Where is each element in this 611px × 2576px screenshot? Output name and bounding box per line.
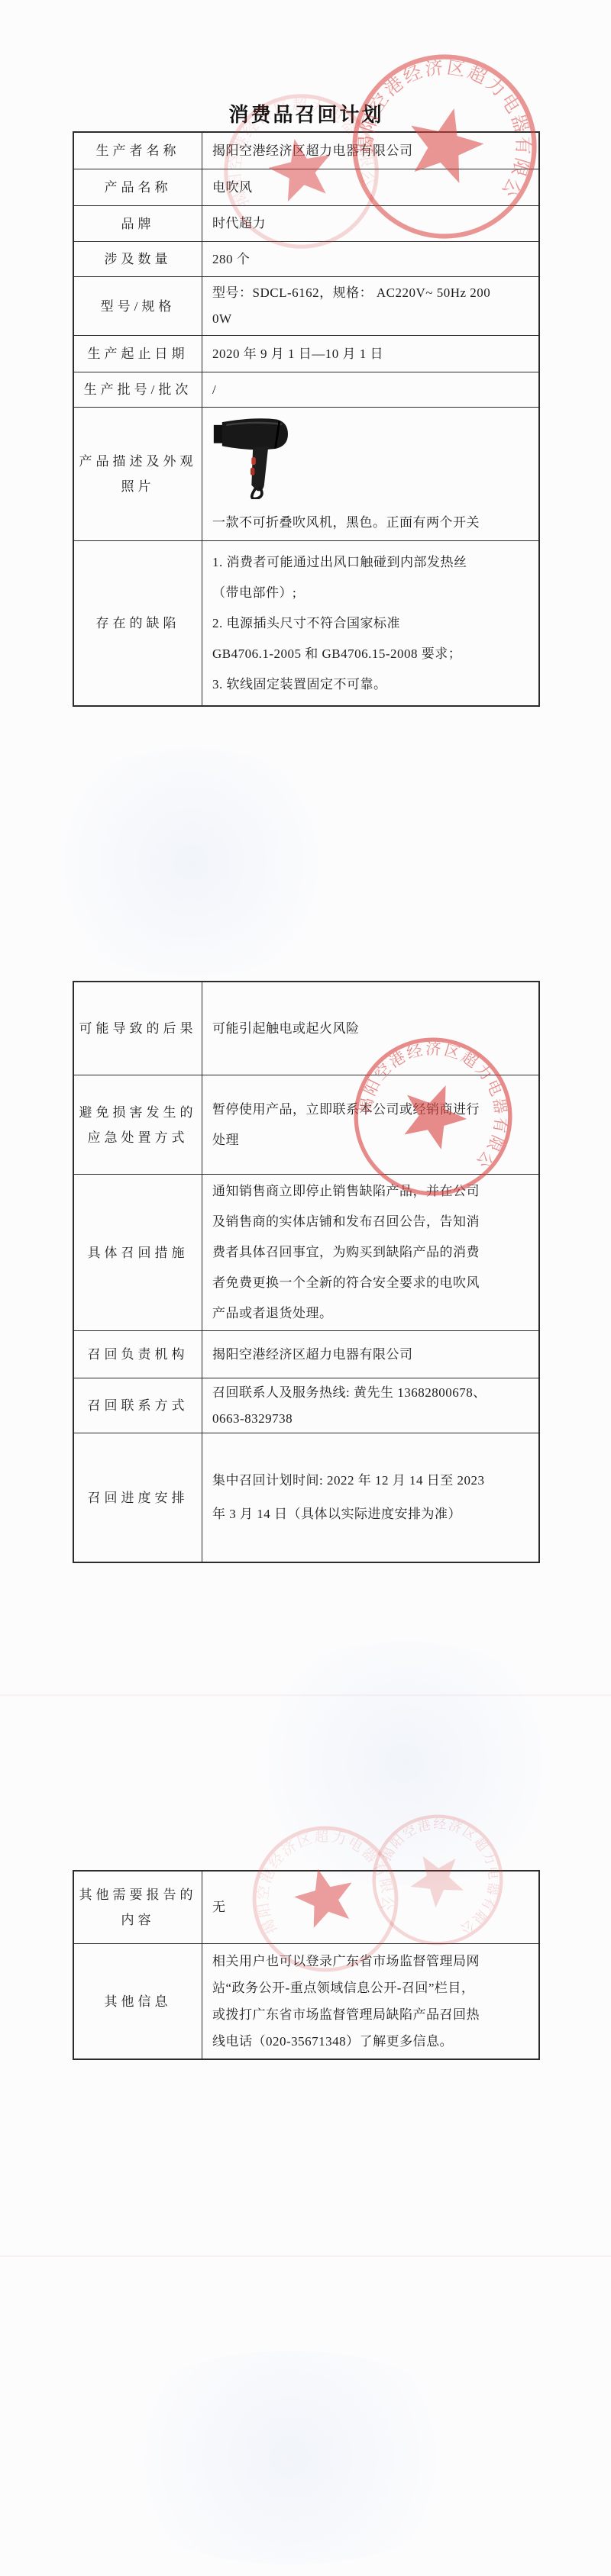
scan-tint: [31, 748, 351, 977]
row-label: 召回负责机构: [74, 1331, 202, 1378]
table-row: 生产批号/批次 /: [74, 372, 538, 408]
table-row: 产品名称 电吹风: [74, 169, 538, 206]
table-row: 型号/规格 型号：SDCL-6162，规格： AC220V~ 50Hz 200 …: [74, 277, 538, 336]
row-value: 电吹风: [202, 169, 538, 205]
row-value: /: [202, 372, 538, 407]
row-label: 生产起止日期: [74, 336, 202, 372]
row-value: 型号：SDCL-6162，规格： AC220V~ 50Hz 200 0W: [202, 277, 538, 335]
table-row: 存在的缺陷 1. 消费者可能通过出风口触碰到内部发热丝 （带电部件）; 2. 电…: [74, 541, 538, 705]
row-label: 避免损害发生的 应急处置方式: [74, 1075, 202, 1174]
row-value: 揭阳空港经济区超力电器有限公司: [202, 133, 538, 169]
row-value: 280 个: [202, 242, 538, 276]
row-label: 具体召回措施: [74, 1175, 202, 1330]
row-value: 一款不可折叠吹风机，黑色。正面有两个开关: [202, 408, 538, 540]
row-value: 揭阳空港经济区超力电器有限公司: [202, 1331, 538, 1378]
table-row: 召回进度安排 集中召回计划时间: 2022 年 12 月 14 日至 2023 …: [74, 1433, 538, 1562]
table-row: 生产者名称 揭阳空港经济区超力电器有限公司: [74, 133, 538, 169]
row-label: 型号/规格: [74, 277, 202, 335]
recall-plan-table-page2: 可能导致的后果 可能引起触电或起火风险 避免损害发生的 应急处置方式 暂停使用产…: [73, 981, 540, 1563]
row-value: 集中召回计划时间: 2022 年 12 月 14 日至 2023 年 3 月 1…: [202, 1433, 538, 1562]
row-label: 其他需要报告的 内容: [74, 1872, 202, 1943]
table-row: 生产起止日期 2020 年 9 月 1 日—10 月 1 日: [74, 336, 538, 372]
row-label: 生产者名称: [74, 133, 202, 169]
page-title: 消费品召回计划: [73, 99, 540, 127]
hair-dryer-photo: [212, 415, 296, 499]
row-label: 其他信息: [74, 1944, 202, 2059]
row-value: 暂停使用产品，立即联系本公司或经销商进行 处理: [202, 1075, 538, 1174]
scan-tint: [92, 2351, 489, 2565]
photo-caption: 一款不可折叠吹风机，黑色。正面有两个开关: [212, 511, 480, 534]
row-label: 产品描述及外观 照片: [74, 408, 202, 540]
scan-tint: [229, 1641, 580, 1885]
table-row: 召回联系方式 召回联系人及服务热线: 黄先生 13682800678、 0663…: [74, 1378, 538, 1433]
row-label: 存在的缺陷: [74, 541, 202, 705]
row-label: 召回进度安排: [74, 1433, 202, 1562]
row-value: 通知销售商立即停止销售缺陷产品，并在公司 及销售商的实体店铺和发布召回公告，告知…: [202, 1175, 538, 1330]
row-value: 相关用户也可以登录广东省市场监督管理局网 站“政务公开-重点领域信息公开-召回”…: [202, 1944, 538, 2059]
table-row: 品牌 时代超力: [74, 206, 538, 242]
row-value: 可能引起触电或起火风险: [202, 982, 538, 1075]
row-value: 1. 消费者可能通过出风口触碰到内部发热丝 （带电部件）; 2. 电源插头尺寸不…: [202, 541, 538, 705]
row-label: 涉及数量: [74, 242, 202, 276]
row-value: 召回联系人及服务热线: 黄先生 13682800678、 0663-832973…: [202, 1378, 538, 1433]
row-value: 2020 年 9 月 1 日—10 月 1 日: [202, 336, 538, 372]
scan-artifact-line: [0, 1694, 611, 1696]
table-row: 避免损害发生的 应急处置方式 暂停使用产品，立即联系本公司或经销商进行 处理: [74, 1075, 538, 1175]
scanned-recall-document: 消费品召回计划 生产者名称 揭阳空港经济区超力电器有限公司 产品名称 电吹风 品…: [0, 0, 611, 2576]
recall-plan-table-page3: 其他需要报告的 内容 无 其他信息 相关用户也可以登录广东省市场监督管理局网 站…: [73, 1870, 540, 2060]
table-row: 召回负责机构 揭阳空港经济区超力电器有限公司: [74, 1331, 538, 1378]
table-row: 其他需要报告的 内容 无: [74, 1872, 538, 1944]
row-value: 无: [202, 1872, 538, 1943]
row-value: 时代超力: [202, 206, 538, 241]
row-label: 召回联系方式: [74, 1378, 202, 1433]
row-label: 品牌: [74, 206, 202, 241]
recall-plan-table-page1: 生产者名称 揭阳空港经济区超力电器有限公司 产品名称 电吹风 品牌 时代超力 涉…: [73, 131, 540, 707]
scan-artifact-line: [0, 2255, 611, 2257]
table-row: 具体召回措施 通知销售商立即停止销售缺陷产品，并在公司 及销售商的实体店铺和发布…: [74, 1175, 538, 1331]
table-row: 可能导致的后果 可能引起触电或起火风险: [74, 982, 538, 1075]
table-row: 其他信息 相关用户也可以登录广东省市场监督管理局网 站“政务公开-重点领域信息公…: [74, 1944, 538, 2059]
table-row: 产品描述及外观 照片 一款不可折叠吹风机，黑色。正面有两个开关: [74, 408, 538, 541]
row-label: 生产批号/批次: [74, 372, 202, 407]
row-label: 可能导致的后果: [74, 982, 202, 1075]
row-label: 产品名称: [74, 169, 202, 205]
table-row: 涉及数量 280 个: [74, 242, 538, 277]
